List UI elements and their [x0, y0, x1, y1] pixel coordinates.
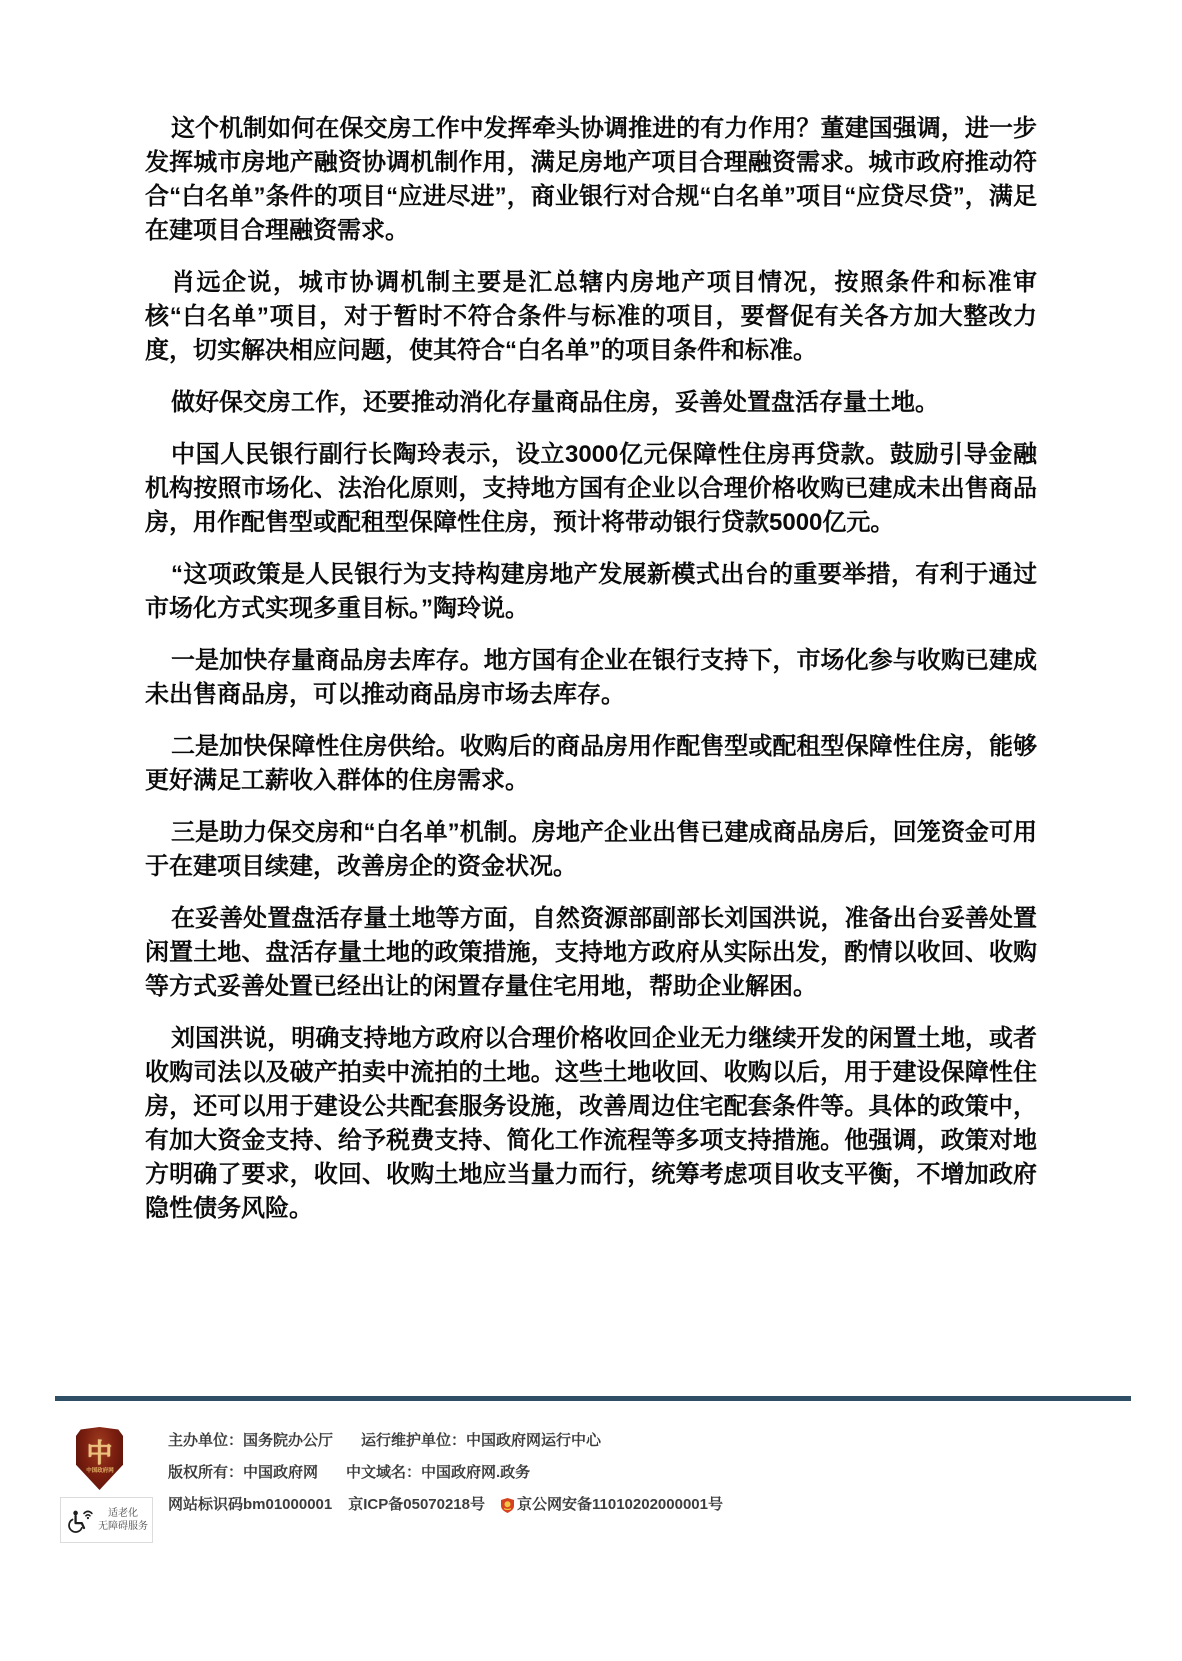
page: 这个机制如何在保交房工作中发挥牵头协调推进的有力作用？董建国强调，进一步发挥城市… — [0, 0, 1182, 1661]
article-paragraph: “这项政策是人民银行为支持构建房地产发展新模式出台的重要举措，有利于通过市场化方… — [145, 558, 1037, 626]
footer-icp-link[interactable]: 京ICP备05070218号 — [348, 1495, 485, 1515]
article-paragraph: 三是助力保交房和“白名单”机制。房地产企业出售已建成商品房后，回笼资金可用于在建… — [145, 816, 1037, 884]
footer-divider — [55, 1396, 1131, 1401]
gov-emblem-icon: 中 中国政府网 — [76, 1427, 123, 1490]
footer-organizer-text: 主办单位：国务院办公厅 — [168, 1431, 333, 1451]
accessibility-label-line2: 无障碍服务 — [98, 1520, 148, 1533]
article-paragraph: 在妥善处置盘活存量土地等方面，自然资源部副部长刘国洪说，准备出台妥善处置闲置土地… — [145, 902, 1037, 1004]
gov-emblem-label: 中国政府网 — [86, 1468, 114, 1474]
article-paragraph: 中国人民银行副行长陶玲表示，设立3000亿元保障性住房再贷款。鼓励引导金融机构按… — [145, 438, 1037, 540]
accessibility-label: 适老化 无障碍服务 — [98, 1507, 148, 1533]
footer-line-1: 主办单位：国务院办公厅 运行维护单位：中国政府网运行中心 — [168, 1431, 723, 1451]
footer-police-link[interactable]: 京公网安备11010202000001号 — [501, 1495, 723, 1515]
article-paragraph: 刘国洪说，明确支持地方政府以合理价格收回企业无力继续开发的闲置土地，或者收购司法… — [145, 1022, 1037, 1226]
article-paragraph: 一是加快存量商品房去库存。地方国有企业在银行支持下，市场化参与收购已建成未出售商… — [145, 644, 1037, 712]
footer-maintainer-text: 运行维护单位：中国政府网运行中心 — [361, 1431, 601, 1451]
footer-domain-text: 中文域名：中国政府网.政务 — [346, 1463, 530, 1483]
accessibility-widget[interactable]: 适老化 无障碍服务 — [60, 1497, 153, 1543]
footer-line-2: 版权所有：中国政府网 中文域名：中国政府网.政务 — [168, 1463, 723, 1483]
footer-police-text[interactable]: 京公网安备11010202000001号 — [517, 1495, 723, 1515]
police-badge-icon — [501, 1498, 514, 1513]
footer-line-3: 网站标识码bm01000001 京ICP备05070218号 京公网安备1101… — [168, 1495, 723, 1515]
article-body: 这个机制如何在保交房工作中发挥牵头协调推进的有力作用？董建国强调，进一步发挥城市… — [145, 112, 1037, 1244]
footer-copyright-text: 版权所有：中国政府网 — [168, 1463, 318, 1483]
gov-emblem-symbol: 中 — [86, 1440, 112, 1466]
accessibility-label-line1: 适老化 — [108, 1507, 138, 1520]
footer-info: 主办单位：国务院办公厅 运行维护单位：中国政府网运行中心 版权所有：中国政府网 … — [168, 1431, 723, 1527]
accessibility-wheelchair-icon — [65, 1504, 95, 1536]
article-paragraph: 这个机制如何在保交房工作中发挥牵头协调推进的有力作用？董建国强调，进一步发挥城市… — [145, 112, 1037, 248]
article-paragraph: 二是加快保障性住房供给。收购后的商品房用作配售型或配租型保障性住房，能够更好满足… — [145, 730, 1037, 798]
footer-site-id-text: 网站标识码bm01000001 — [168, 1495, 332, 1515]
article-paragraph: 做好保交房工作，还要推动消化存量商品住房，妥善处置盘活存量土地。 — [145, 386, 1037, 420]
article-paragraph: 肖远企说，城市协调机制主要是汇总辖内房地产项目情况，按照条件和标准审核“白名单”… — [145, 266, 1037, 368]
